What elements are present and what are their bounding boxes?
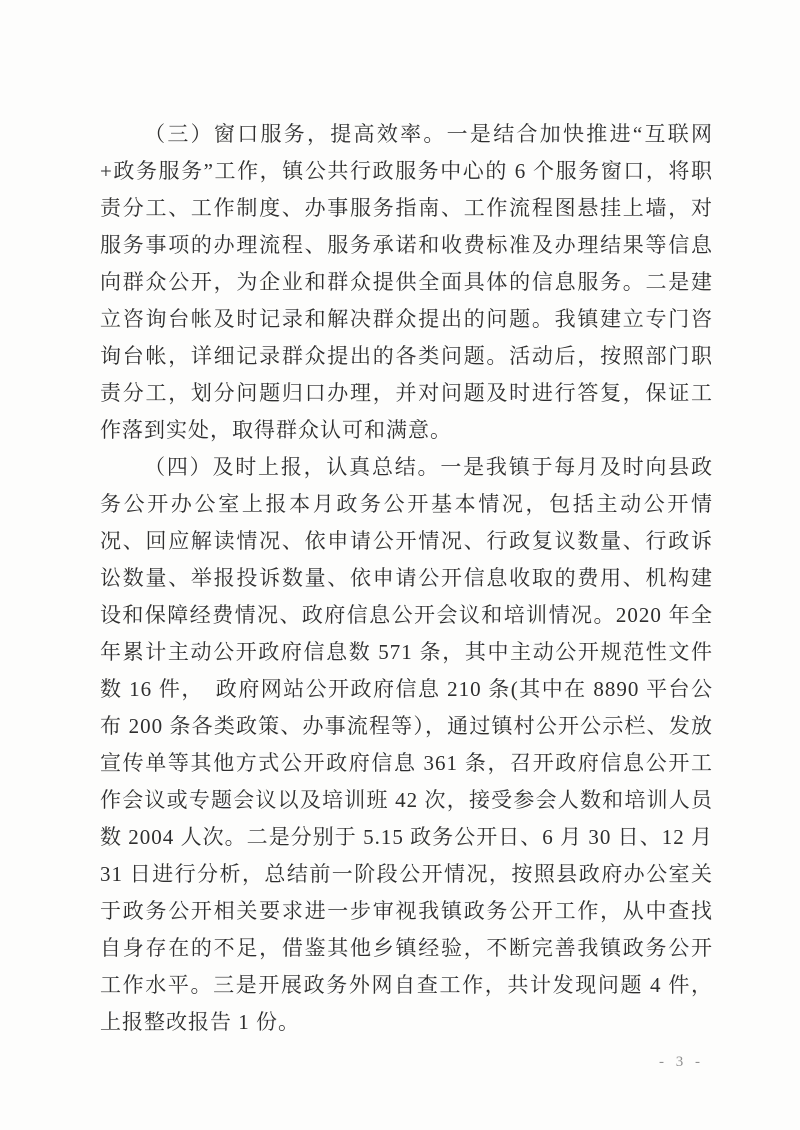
document-body: （三）窗口服务，提高效率。一是结合加快推进“互联网+政务服务”工作，镇公共行政服… [100,116,713,1041]
document-page: （三）窗口服务，提高效率。一是结合加快推进“互联网+政务服务”工作，镇公共行政服… [0,0,800,1130]
page-number: - 3 - [659,1052,704,1072]
paragraph-timely-report: （四）及时上报，认真总结。一是我镇于每月及时向县政务公开办公室上报本月政务公开基… [100,449,713,1041]
paragraph-window-service: （三）窗口服务，提高效率。一是结合加快推进“互联网+政务服务”工作，镇公共行政服… [100,116,713,449]
